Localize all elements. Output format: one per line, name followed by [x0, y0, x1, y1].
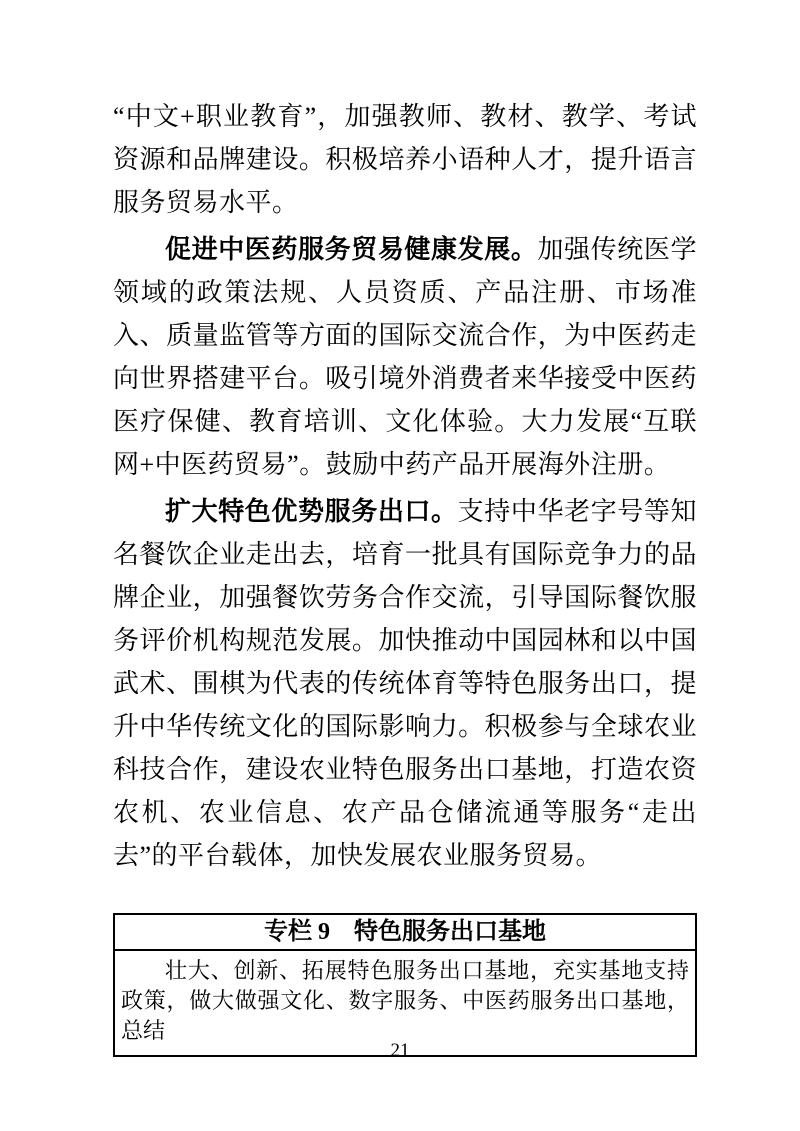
- callout-title: 专栏 9 特色服务出口基地: [115, 915, 695, 951]
- paragraph-lead: 促进中医药服务贸易健康发展。: [165, 235, 537, 264]
- callout-box: 专栏 9 特色服务出口基地 壮大、创新、拓展特色服务出口基地，充实基地支持政策，…: [113, 913, 697, 1057]
- paragraph-text: 支持中华老字号等知名餐饮企业走出去，培育一批具有国际竞争力的品牌企业，加强餐饮劳…: [113, 497, 697, 870]
- paragraph: 促进中医药服务贸易健康发展。加强传统医学领域的政策法规、人员资质、产品注册、市场…: [113, 228, 697, 486]
- paragraph: “中文+职业教育”，加强教师、教材、教学、考试资源和品牌建设。积极培养小语种人才…: [113, 95, 697, 224]
- paragraph-text: “中文+职业教育”，加强教师、教材、教学、考试资源和品牌建设。积极培养小语种人才…: [113, 102, 697, 217]
- paragraph: 扩大特色优势服务出口。支持中华老字号等知名餐饮企业走出去，培育一批具有国际竞争力…: [113, 490, 697, 877]
- page-number: 21: [0, 1040, 800, 1062]
- paragraph-lead: 扩大特色优势服务出口。: [165, 497, 458, 526]
- document-page: “中文+职业教育”，加强教师、教材、教学、考试资源和品牌建设。积极培养小语种人才…: [0, 0, 800, 1131]
- paragraph-text: 加强传统医学领域的政策法规、人员资质、产品注册、市场准入、质量监管等方面的国际交…: [113, 235, 697, 479]
- text-column: “中文+职业教育”，加强教师、教材、教学、考试资源和品牌建设。积极培养小语种人才…: [113, 95, 697, 1057]
